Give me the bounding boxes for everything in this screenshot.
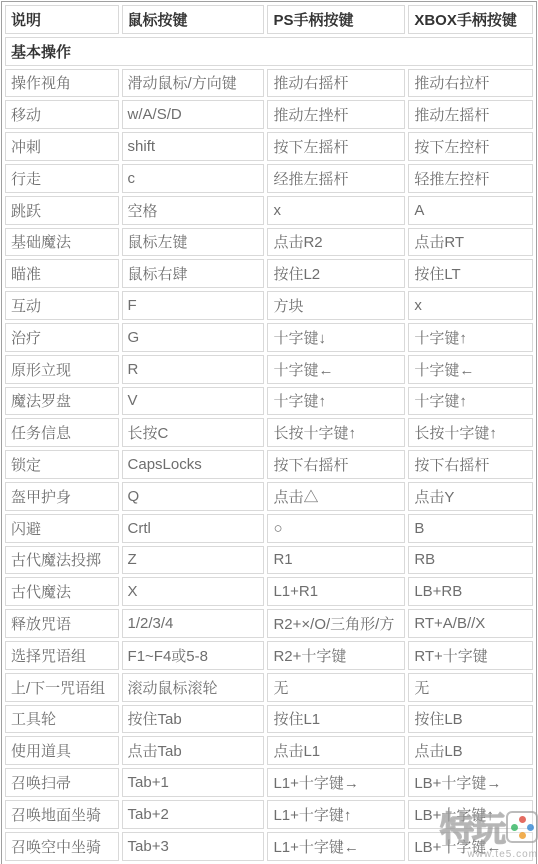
table-cell: L1+十字键↑ (267, 800, 405, 829)
table-row: 互动F方块x (5, 291, 533, 320)
table-cell: 1/2/3/4 (122, 609, 265, 638)
table-cell: CapsLocks (122, 450, 265, 479)
table-cell: Tab+2 (122, 800, 265, 829)
table-cell: 推动左摇杆 (408, 100, 533, 129)
table-row: 跳跃空格xA (5, 196, 533, 225)
section-header-row: 基本操作 (5, 37, 533, 66)
table-cell: 按住Tab (122, 705, 265, 734)
table-cell: A (408, 196, 533, 225)
table-cell: 选择咒语组 (5, 641, 119, 670)
controls-table: 说明 鼠标按键 PS手柄按键 XBOX手柄按键 基本操作 操作视角滑动鼠标/方向… (1, 1, 537, 864)
page: 说明 鼠标按键 PS手柄按键 XBOX手柄按键 基本操作 操作视角滑动鼠标/方向… (0, 0, 538, 864)
section-header: 基本操作 (5, 37, 533, 66)
table-cell: V (122, 387, 265, 416)
table-cell: 点击Y (408, 482, 533, 511)
table-row: 任务信息长按C长按十字键↑长按十字键↑ (5, 418, 533, 447)
table-cell: 点击R2 (267, 228, 405, 257)
table-row: 操作视角滑动鼠标/方向键推动右摇杆推动右拉杆 (5, 69, 533, 98)
table-cell: 十字键↓ (267, 323, 405, 352)
table-cell: 跳跃 (5, 196, 119, 225)
table-cell: 冲刺 (5, 132, 119, 161)
table-cell: RT+十字键 (408, 641, 533, 670)
table-cell: 盔甲护身 (5, 482, 119, 511)
table-cell: 点击RT (408, 228, 533, 257)
table-row: 冲刺shift按下左摇杆按下左控杆 (5, 132, 533, 161)
table-cell: 轻推左控杆 (408, 164, 533, 193)
table-cell: X (122, 577, 265, 606)
table-row: 选择咒语组F1~F4或5-8R2+十字键RT+十字键 (5, 641, 533, 670)
table-cell: 移动 (5, 100, 119, 129)
table-row: 移动w/A/S/D推动左挫杆推动左摇杆 (5, 100, 533, 129)
table-cell: 锁定 (5, 450, 119, 479)
table-cell: x (408, 291, 533, 320)
table-cell: Q (122, 482, 265, 511)
table-cell: 古代魔法投掷 (5, 546, 119, 575)
table-cell: 点击Tab (122, 736, 265, 765)
table-cell: 鼠标左键 (122, 228, 265, 257)
table-cell: 点击L1 (267, 736, 405, 765)
table-cell: 释放咒语 (5, 609, 119, 638)
table-cell: 古代魔法 (5, 577, 119, 606)
table-cell: 滚动鼠标滚轮 (122, 673, 265, 702)
table-cell: Tab+1 (122, 768, 265, 797)
table-cell: 推动右拉杆 (408, 69, 533, 98)
table-cell: 治疗 (5, 323, 119, 352)
table-row: 古代魔法投掷ZR1RB (5, 546, 533, 575)
table-cell: 操作视角 (5, 69, 119, 98)
table-cell: 长按十字键↑ (267, 418, 405, 447)
table-cell: ○ (267, 514, 405, 543)
table-cell: shift (122, 132, 265, 161)
table-cell: L1+R1 (267, 577, 405, 606)
table-row: 瞄准鼠标右肆按住L2按住LT (5, 259, 533, 288)
table-row: 召唤空中坐骑Tab+3L1+十字键←LB+十字键← (5, 832, 533, 861)
table-cell: 空格 (122, 196, 265, 225)
table-row: 上/下一咒语组滚动鼠标滚轮无无 (5, 673, 533, 702)
table-cell: 按下左控杆 (408, 132, 533, 161)
table-cell: 长按C (122, 418, 265, 447)
table-row: 召唤地面坐骑Tab+2L1+十字键↑LB+十字键↑ (5, 800, 533, 829)
table-cell: 上/下一咒语组 (5, 673, 119, 702)
column-header-description: 说明 (5, 5, 119, 34)
table-cell: 滑动鼠标/方向键 (122, 69, 265, 98)
table-cell: F1~F4或5-8 (122, 641, 265, 670)
table-cell: LB+十字键↑ (408, 800, 533, 829)
table-cell: 方块 (267, 291, 405, 320)
table-cell: w/A/S/D (122, 100, 265, 129)
table-row: 魔法罗盘V十字键↑十字键↑ (5, 387, 533, 416)
table-cell: 推动左挫杆 (267, 100, 405, 129)
table-cell: c (122, 164, 265, 193)
table-cell: 推动右摇杆 (267, 69, 405, 98)
table-cell: RT+A/B//X (408, 609, 533, 638)
table-cell: LB+十字键→ (408, 768, 533, 797)
table-cell: 按下左摇杆 (267, 132, 405, 161)
table-cell: R1 (267, 546, 405, 575)
table-cell: RB (408, 546, 533, 575)
table-cell: 鼠标右肆 (122, 259, 265, 288)
table-cell: 经推左摇杆 (267, 164, 405, 193)
table-cell: 点击△ (267, 482, 405, 511)
table-cell: 召唤空中坐骑 (5, 832, 119, 861)
table-cell: x (267, 196, 405, 225)
table-cell: B (408, 514, 533, 543)
table-cell: 原形立现 (5, 355, 119, 384)
table-cell: 无 (408, 673, 533, 702)
table-cell: 闪避 (5, 514, 119, 543)
table-cell: Tab+3 (122, 832, 265, 861)
table-cell: 召唤地面坐骑 (5, 800, 119, 829)
table-cell: R2+×/O/三角形/方 (267, 609, 405, 638)
table-cell: F (122, 291, 265, 320)
table-row: 原形立现R十字键←十字键← (5, 355, 533, 384)
table-cell: L1+十字键← (267, 832, 405, 861)
table-cell: 使用道具 (5, 736, 119, 765)
table-row: 使用道具点击Tab点击L1点击LB (5, 736, 533, 765)
table-row: 古代魔法XL1+R1LB+RB (5, 577, 533, 606)
table-cell: 瞄准 (5, 259, 119, 288)
column-header-ps: PS手柄按键 (267, 5, 405, 34)
table-row: 基础魔法鼠标左键点击R2点击RT (5, 228, 533, 257)
table-cell: R2+十字键 (267, 641, 405, 670)
table-cell: 召唤扫帚 (5, 768, 119, 797)
table-cell: 互动 (5, 291, 119, 320)
column-header-xbox: XBOX手柄按键 (408, 5, 533, 34)
table-cell: 十字键↑ (267, 387, 405, 416)
table-cell: LB+RB (408, 577, 533, 606)
table-cell: LB+十字键← (408, 832, 533, 861)
table-row: 释放咒语1/2/3/4R2+×/O/三角形/方RT+A/B//X (5, 609, 533, 638)
table-row: 盔甲护身Q点击△点击Y (5, 482, 533, 511)
table-cell: R (122, 355, 265, 384)
table-row: 闪避Crtl○B (5, 514, 533, 543)
table-body: 操作视角滑动鼠标/方向键推动右摇杆推动右拉杆移动w/A/S/D推动左挫杆推动左摇… (5, 69, 533, 861)
table-cell: 十字键↑ (408, 323, 533, 352)
table-header-row: 说明 鼠标按键 PS手柄按键 XBOX手柄按键 (5, 5, 533, 34)
table-cell: 任务信息 (5, 418, 119, 447)
table-row: 锁定CapsLocks按下右摇杆按下右摇杆 (5, 450, 533, 479)
table-cell: 十字键← (267, 355, 405, 384)
table-cell: 无 (267, 673, 405, 702)
table-cell: 按住L2 (267, 259, 405, 288)
table-cell: 点击LB (408, 736, 533, 765)
table-row: 行走c经推左摇杆轻推左控杆 (5, 164, 533, 193)
table-cell: 按住LT (408, 259, 533, 288)
table-cell: 按住L1 (267, 705, 405, 734)
table-row: 召唤扫帚Tab+1L1+十字键→LB+十字键→ (5, 768, 533, 797)
table-cell: 十字键← (408, 355, 533, 384)
table-row: 工具轮按住Tab按住L1按住LB (5, 705, 533, 734)
table-cell: 按下右摇杆 (267, 450, 405, 479)
table-cell: 十字键↑ (408, 387, 533, 416)
column-header-mouse: 鼠标按键 (122, 5, 265, 34)
table-cell: Crtl (122, 514, 265, 543)
table-cell: 工具轮 (5, 705, 119, 734)
table-cell: L1+十字键→ (267, 768, 405, 797)
table-cell: 魔法罗盘 (5, 387, 119, 416)
table-cell: 行走 (5, 164, 119, 193)
table-cell: 按住LB (408, 705, 533, 734)
table-cell: 长按十字键↑ (408, 418, 533, 447)
table-cell: 按下右摇杆 (408, 450, 533, 479)
table-cell: 基础魔法 (5, 228, 119, 257)
table-row: 治疗G十字键↓十字键↑ (5, 323, 533, 352)
table-cell: G (122, 323, 265, 352)
table-cell: Z (122, 546, 265, 575)
